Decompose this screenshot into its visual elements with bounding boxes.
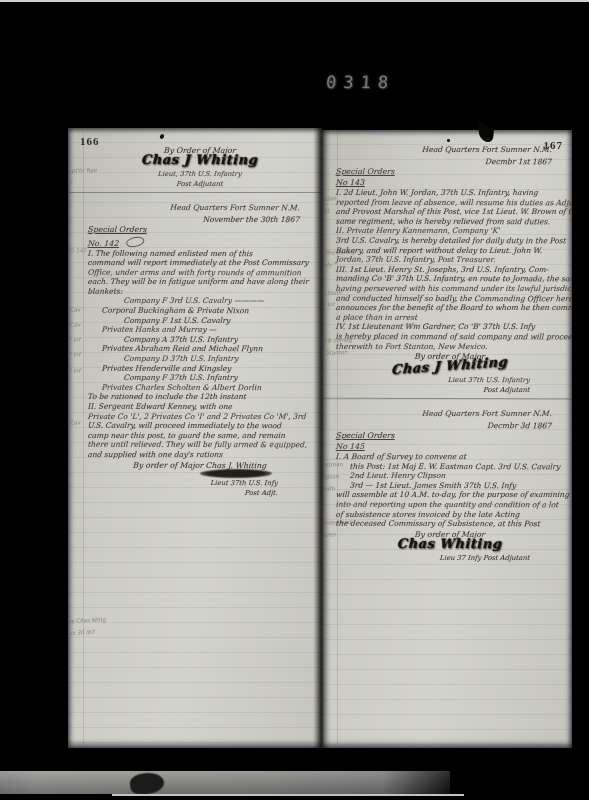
- handwritten-line: Company D 37th U.S. Infantry: [88, 354, 313, 364]
- handwritten-line: Company F 37th U.S. Infantry: [88, 373, 313, 383]
- handwritten-line: Special Orders: [88, 225, 148, 236]
- handwritten-line: No 143: [336, 177, 366, 188]
- handwritten-line: Special Orders: [336, 431, 396, 442]
- scan-bottom-edge: [112, 794, 464, 796]
- handwritten-line: Jordan, 37th U.S. Infantry, Post Treasur…: [336, 255, 565, 265]
- handwritten-line: Privates Hanks and Murray —: [88, 325, 313, 335]
- handwritten-line: Chas Whiting: [335, 537, 564, 553]
- page-right-lines: Head Quarters Fort Sumner N.M.Decmbr 1st…: [322, 130, 572, 748]
- ledger-page-left: 166 Sept'br RgeInfS O 1423 Cav1 Cav37 In…: [68, 128, 322, 748]
- handwritten-line: command will report immediately at the P…: [88, 258, 313, 268]
- handwritten-line: the deceased Commissary of Subsistence, …: [336, 519, 565, 529]
- handwritten-line: Post Adjt.: [88, 488, 313, 498]
- handwritten-line: Privates Henderville and Kingsley: [88, 363, 313, 373]
- handwritten-line: and supplied with one day's rations: [88, 450, 313, 460]
- handwritten-line: Chas J Whiting: [87, 153, 312, 169]
- binding-shadow: [313, 128, 331, 748]
- handwritten-line: Corporal Buckingham & Private Nixon: [88, 306, 313, 316]
- handwritten-line: Post Adjutant: [336, 385, 565, 395]
- handwritten-line: Private Co 'L', 2 Privates Co 'I' and 2 …: [88, 412, 313, 422]
- handwritten-line: Lieu 37 Infy Post Adjutant: [336, 553, 565, 563]
- handwritten-line: Post Adjutant: [88, 179, 313, 190]
- handwritten-line: 2nd Lieut. Henry Clipson: [336, 471, 565, 481]
- handwritten-line: 3rd U.S. Cavalry, is hereby detailed for…: [336, 236, 565, 246]
- handwritten-line: Lieut, 37th U.S. Infantry: [88, 169, 313, 179]
- handwritten-line: Head Quarters Fort Sumner N.M.: [335, 408, 564, 420]
- handwritten-line: is hereby placed in command of said comp…: [336, 332, 565, 342]
- handwritten-line: II. Private Henry Kannemann, Company 'K': [336, 226, 565, 236]
- handwritten-line: into and reporting upon the quantity and…: [336, 500, 565, 510]
- handwritten-line: each. They will be in fatigue uniform an…: [88, 277, 313, 287]
- ledger-page-right: 167 Jordanadjtin the Bakerydailyen route…: [322, 130, 572, 748]
- handwritten-line: U.S. Cavalry, will proceed immediately t…: [88, 421, 313, 431]
- handwritten-line: No. 142: [87, 236, 144, 249]
- handwritten-line: and conducted himself so badly, the Comm…: [336, 293, 565, 303]
- handwritten-line: Head Quarters Fort Sumner N.M.: [335, 144, 564, 156]
- handwritten-line: I. 2d Lieut. John W. Jordan, 37th U.S. I…: [336, 188, 565, 198]
- handwritten-line: To be rationed to include the 12th insta…: [88, 392, 313, 402]
- frame-counter: 0318: [325, 73, 395, 93]
- handwritten-line: there until relieved. They will be fully…: [88, 440, 313, 450]
- handwritten-line: announces for the benefit of the Board t…: [336, 303, 565, 313]
- handwritten-line: I. A Board of Survey to convene at: [336, 452, 565, 462]
- handwritten-line: Privates Abraham Reid and Michael Flynn: [88, 344, 313, 354]
- handwritten-line: II. Sergeant Edward Kenney, with one: [88, 402, 313, 412]
- handwritten-line: [200, 469, 273, 478]
- ink-speck: [447, 139, 450, 142]
- handwritten-line: Special Orders: [336, 167, 396, 178]
- handwritten-line: Company F 3rd U.S. Cavalry ————: [88, 296, 313, 306]
- handwritten-line: [322, 398, 572, 407]
- handwritten-line: [68, 192, 322, 200]
- handwritten-line: IV. 1st Lieutenant Wm Gardner, Co 'B' 37…: [336, 322, 565, 332]
- handwritten-line: having persevered with his command under…: [336, 284, 565, 294]
- handwritten-line: and Provost Marshal of this Post, vice 1…: [336, 207, 565, 217]
- handwritten-line: manding Co 'B' 37th U.S. Infantry, en ro…: [336, 274, 565, 284]
- scanner-strip: [0, 771, 450, 794]
- handwritten-line: By order of Major Chas J. Whiting: [88, 459, 313, 472]
- scan-top-edge: [0, 0, 589, 2]
- handwritten-line: November the 30th 1867: [87, 214, 312, 226]
- handwritten-line: reported from leave of absence, will res…: [336, 197, 565, 207]
- page-left-lines: By Order of MajorChas J WhitingLieut, 37…: [68, 128, 322, 748]
- handwritten-line: No 145: [336, 442, 366, 453]
- handwritten-line: will assemble at 10 A.M. to-day, for the…: [336, 490, 565, 500]
- handwritten-line: Decmbr 1st 1867: [336, 155, 565, 167]
- handwritten-line: Decmbr 3d 1867: [336, 419, 565, 431]
- handwritten-line: therewith to Fort Stanton, New Mexico.: [336, 342, 565, 352]
- handwritten-line: Lieut 37th U.S. Infy: [88, 477, 313, 488]
- handwritten-line: Head Quarters Fort Sumner N.M.: [88, 202, 313, 214]
- ink-smudge: [129, 771, 166, 797]
- handwritten-line: Lieut 37th U.S. Infantry: [336, 375, 565, 386]
- scanned-document: 0318 166 Sept'br RgeInfS O 1423 Cav1 Cav…: [0, 0, 589, 800]
- handwritten-line: I. The following named enlisted men of t…: [88, 248, 313, 258]
- handwritten-line: Bakery, and will report without delay to…: [336, 246, 565, 256]
